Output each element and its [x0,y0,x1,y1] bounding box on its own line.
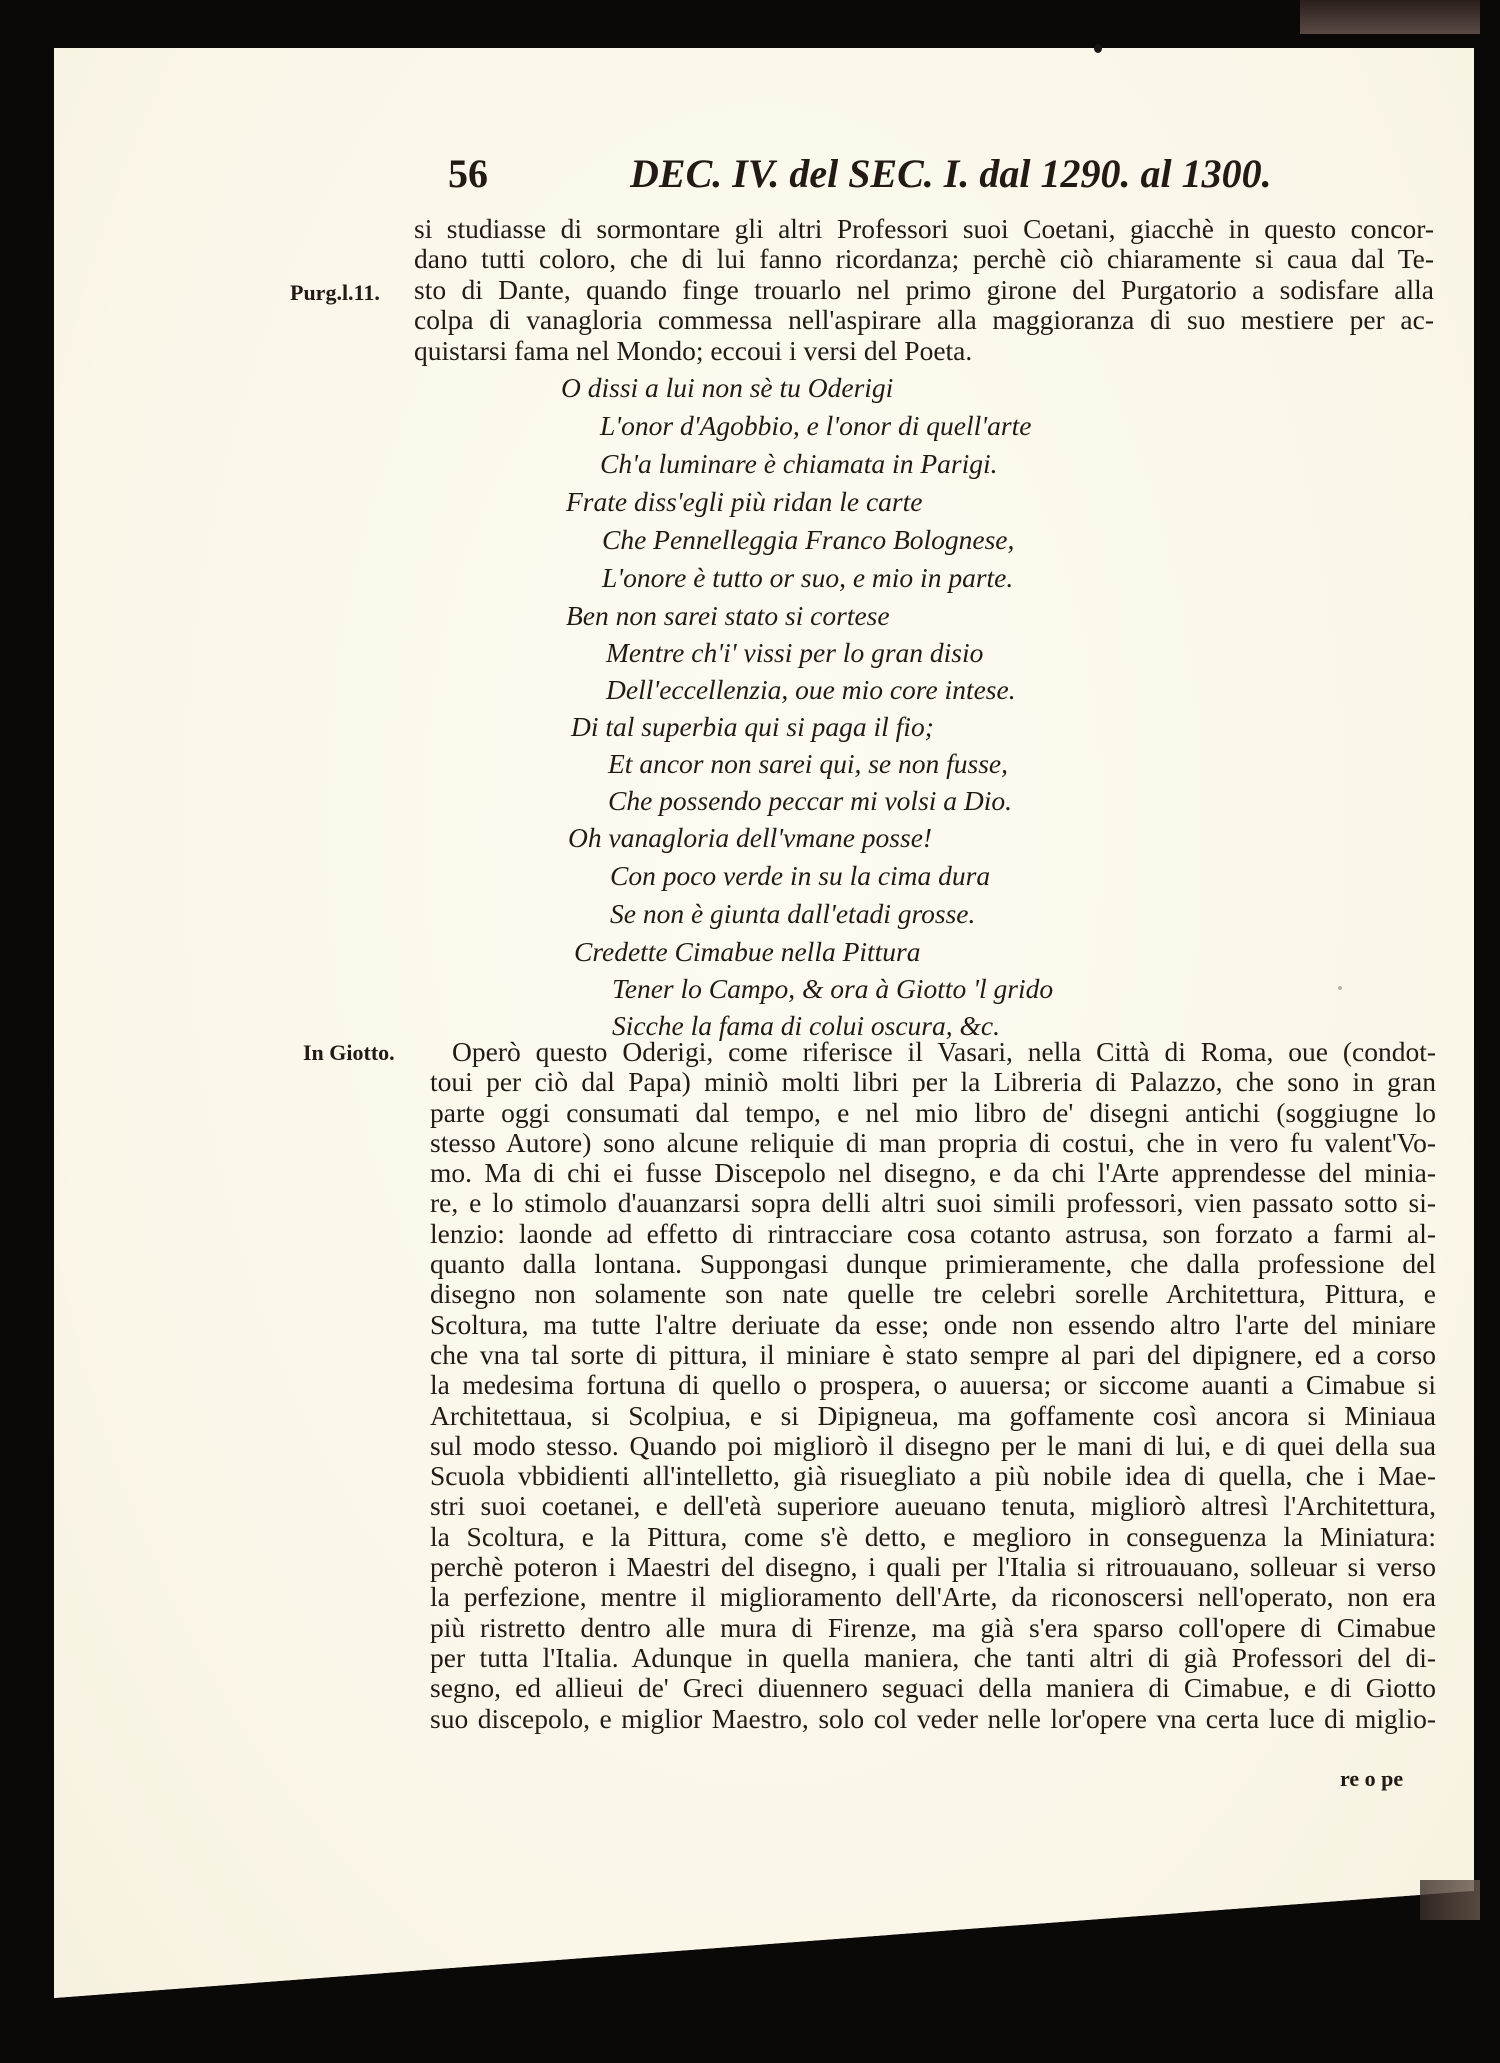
verse-line: Tener lo Campo, & ora à Giotto 'l grido [612,973,1053,1005]
verse-line: Mentre ch'i' vissi per lo gran disio [606,637,983,669]
text-line: per tutta l'Italia. Adunque in quella ma… [430,1643,1436,1673]
text-line: che vna tal sorte di pittura, il miniare… [430,1340,1436,1370]
verse-line: Credette Cimabue nella Pittura [574,936,921,968]
verse-line: Ch'a luminare è chiamata in Parigi. [600,448,997,480]
verse-line: Oh vanagloria dell'vmane posse! [568,822,932,854]
text-line: mo. Ma di chi ei fusse Discepolo nel dis… [430,1158,1436,1188]
verse-line: L'onore è tutto or suo, e mio in parte. [602,562,1013,594]
text-line: Scoltura, ma tutte l'altre deriuate da e… [430,1310,1436,1340]
verse-line: Et ancor non sarei qui, se non fusse, [608,748,1008,780]
verse-line: Che possendo peccar mi volsi a Dio. [608,785,1012,817]
running-head-title: DEC. IV. del SEC. I. dal 1290. al 1300. [630,150,1272,197]
text-line: disegno non solamente son nate quelle tr… [430,1279,1436,1309]
text-line: sto di Dante, quando finge trouarlo nel … [414,275,1434,305]
page-corner-shadow [1420,1880,1480,1920]
text-line: stesso Autore) sono alcune reliquie di m… [430,1128,1436,1158]
text-line: Scuola vbbidienti all'intelletto, già ri… [430,1461,1436,1491]
text-line: quistarsi fama nel Mondo; eccoui i versi… [414,336,1434,366]
text-line: quanto dalla lontana. Suppongasi dunque … [430,1249,1436,1279]
binding-edge-shadow [1300,0,1480,34]
verse-line: L'onor d'Agobbio, e l'onor di quell'arte [600,410,1031,442]
text-line: stri suoi coetanei, e dell'età superiore… [430,1491,1436,1521]
scanned-book-page-background: 56 DEC. IV. del SEC. I. dal 1290. al 130… [0,0,1500,2063]
text-line: Operò questo Oderigi, come riferisce il … [430,1037,1436,1067]
paper-blemish [1338,986,1342,990]
verse-line: Con poco verde in su la cima dura [610,860,990,892]
intro-paragraph: si studiasse di sormontare gli altri Pro… [414,214,1434,366]
catchword: re o pe [1340,1766,1403,1792]
text-line: colpa di vanagloria commessa nell'aspira… [414,305,1434,335]
text-line: lenzio: laonde ad effetto di rintracciar… [430,1219,1436,1249]
text-line: re, e lo stimolo d'auanzarsi sopra delli… [430,1188,1436,1218]
text-line: la medesima fortuna di quello o prospera… [430,1370,1436,1400]
ink-speck [1094,44,1102,53]
verse-line: Di tal superbia qui si paga il fio; [571,711,934,743]
margin-note-giotto: In Giotto. [303,1040,395,1066]
text-line: sul modo stesso. Quando poi migliorò il … [430,1431,1436,1461]
margin-note-purgatorio: Purg.l.11. [290,280,380,306]
body-paragraph: Operò questo Oderigi, come riferisce il … [430,1037,1436,1734]
text-line: la perfezione, mentre il miglioramento d… [430,1582,1436,1612]
text-line: suo discepolo, e miglior Maestro, solo c… [430,1704,1436,1734]
verse-line: Se non è giunta dall'etadi grosse. [610,898,975,930]
verse-line: Dell'eccellenzia, oue mio core intese. [606,674,1016,706]
text-line: più ristretto dentro alle mura di Firenz… [430,1613,1436,1643]
verse-line: Ben non sarei stato si cortese [566,600,890,632]
verse-line: Frate diss'egli più ridan le carte [566,486,922,518]
text-line: Architettaua, si Scolpiua, e si Dipigneu… [430,1401,1436,1431]
page-number: 56 [448,150,488,197]
text-line: la Scoltura, e la Pittura, come s'è dett… [430,1522,1436,1552]
verse-line: Che Pennelleggia Franco Bolognese, [602,524,1014,556]
text-line: dano tutti coloro, che di lui fanno rico… [414,244,1434,274]
text-line: perchè poteron i Maestri del disegno, i … [430,1552,1436,1582]
text-line: toui per ciò dal Papa) miniò molti libri… [430,1067,1436,1097]
text-line: segno, ed allieui de' Greci diuennero se… [430,1673,1436,1703]
text-line: parte oggi consumati dal tempo, e nel mi… [430,1098,1436,1128]
text-line: si studiasse di sormontare gli altri Pro… [414,214,1434,244]
verse-line: O dissi a lui non sè tu Oderigi [561,372,893,404]
